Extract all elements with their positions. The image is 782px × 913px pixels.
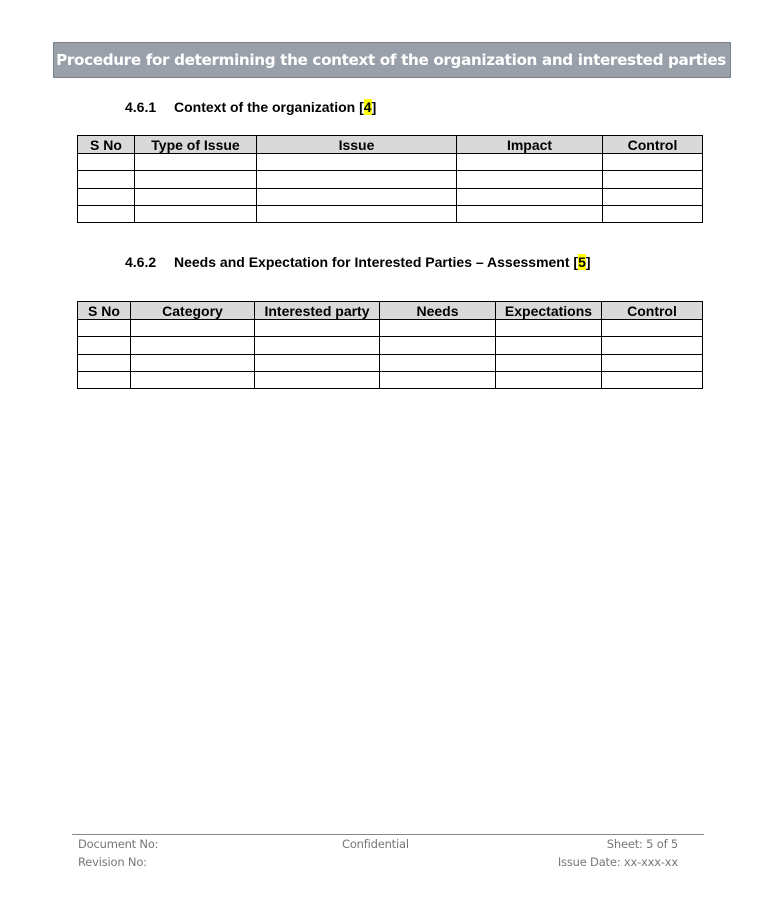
- table-cell[interactable]: [135, 171, 257, 188]
- table-row: [78, 371, 703, 388]
- table-cell[interactable]: [78, 205, 135, 222]
- context-issues-table: S No Type of Issue Issue Impact Control: [77, 135, 703, 223]
- section-number: 4.6.1: [125, 99, 174, 115]
- table-cell[interactable]: [496, 337, 602, 354]
- table-cell[interactable]: [78, 171, 135, 188]
- table-row: [78, 205, 703, 222]
- table-cell[interactable]: [257, 205, 457, 222]
- table-cell[interactable]: [457, 188, 603, 205]
- section-number: 4.6.2: [125, 254, 174, 270]
- table-cell[interactable]: [603, 188, 703, 205]
- table-cell[interactable]: [380, 337, 496, 354]
- footer-sheet-number: Sheet: 5 of 5: [607, 837, 678, 851]
- table-cell[interactable]: [135, 205, 257, 222]
- footer-revision-no: Revision No:: [78, 855, 147, 869]
- column-header-s-no: S No: [78, 136, 135, 154]
- table-cell[interactable]: [78, 337, 131, 354]
- section-heading-interested-parties: 4.6.2Needs and Expectation for Intereste…: [125, 254, 591, 270]
- table-cell[interactable]: [602, 354, 703, 371]
- section-heading-context: 4.6.1Context of the organization [4]: [125, 99, 376, 115]
- footer-issue-date: Issue Date: xx-xxx-xx: [558, 855, 678, 869]
- table-cell[interactable]: [78, 371, 131, 388]
- table-row: [78, 188, 703, 205]
- table-cell[interactable]: [257, 171, 457, 188]
- table-cell[interactable]: [131, 371, 255, 388]
- table-row: [78, 320, 703, 337]
- table-cell[interactable]: [78, 354, 131, 371]
- column-header-expectations: Expectations: [496, 302, 602, 320]
- table-cell[interactable]: [257, 154, 457, 171]
- column-header-control: Control: [602, 302, 703, 320]
- table-cell[interactable]: [457, 154, 603, 171]
- footer-divider: [72, 834, 704, 835]
- table-row: [78, 354, 703, 371]
- table-cell[interactable]: [602, 337, 703, 354]
- column-header-impact: Impact: [457, 136, 603, 154]
- column-header-needs: Needs: [380, 302, 496, 320]
- table-cell[interactable]: [602, 371, 703, 388]
- table-cell[interactable]: [380, 320, 496, 337]
- table-cell[interactable]: [131, 354, 255, 371]
- reference-number: 5: [578, 254, 586, 270]
- table-cell[interactable]: [78, 154, 135, 171]
- table-row: [78, 171, 703, 188]
- reference-number: 4: [364, 99, 372, 115]
- table-cell[interactable]: [78, 188, 135, 205]
- table-cell[interactable]: [255, 371, 380, 388]
- document-title-banner: Procedure for determining the context of…: [53, 42, 731, 78]
- table-cell[interactable]: [255, 354, 380, 371]
- table-cell[interactable]: [380, 371, 496, 388]
- ref-bracket-close: ]: [586, 254, 591, 270]
- table-cell[interactable]: [255, 337, 380, 354]
- table-cell[interactable]: [135, 154, 257, 171]
- table-cell[interactable]: [496, 354, 602, 371]
- interested-parties-table: S No Category Interested party Needs Exp…: [77, 301, 703, 389]
- table-cell[interactable]: [496, 320, 602, 337]
- table-cell[interactable]: [131, 337, 255, 354]
- column-header-type-of-issue: Type of Issue: [135, 136, 257, 154]
- column-header-issue: Issue: [257, 136, 457, 154]
- column-header-interested-party: Interested party: [255, 302, 380, 320]
- column-header-category: Category: [131, 302, 255, 320]
- document-title: Procedure for determining the context of…: [56, 51, 726, 69]
- table-cell[interactable]: [255, 320, 380, 337]
- section-title: Needs and Expectation for Interested Par…: [174, 254, 570, 270]
- footer-document-no: Document No:: [78, 837, 158, 851]
- table-cell[interactable]: [257, 188, 457, 205]
- table-cell[interactable]: [78, 320, 131, 337]
- table-header-row: S No Type of Issue Issue Impact Control: [78, 136, 703, 154]
- table-row: [78, 154, 703, 171]
- table-cell[interactable]: [496, 371, 602, 388]
- table-header-row: S No Category Interested party Needs Exp…: [78, 302, 703, 320]
- table-cell[interactable]: [131, 320, 255, 337]
- table-cell[interactable]: [602, 320, 703, 337]
- table-cell[interactable]: [603, 205, 703, 222]
- column-header-control: Control: [603, 136, 703, 154]
- table-cell[interactable]: [380, 354, 496, 371]
- ref-bracket-close: ]: [372, 99, 377, 115]
- table-row: [78, 337, 703, 354]
- column-header-s-no: S No: [78, 302, 131, 320]
- table-cell[interactable]: [457, 205, 603, 222]
- table-cell[interactable]: [603, 171, 703, 188]
- table-cell[interactable]: [135, 188, 257, 205]
- footer-confidential: Confidential: [342, 837, 409, 851]
- table-cell[interactable]: [603, 154, 703, 171]
- section-title: Context of the organization: [174, 99, 355, 115]
- table-cell[interactable]: [457, 171, 603, 188]
